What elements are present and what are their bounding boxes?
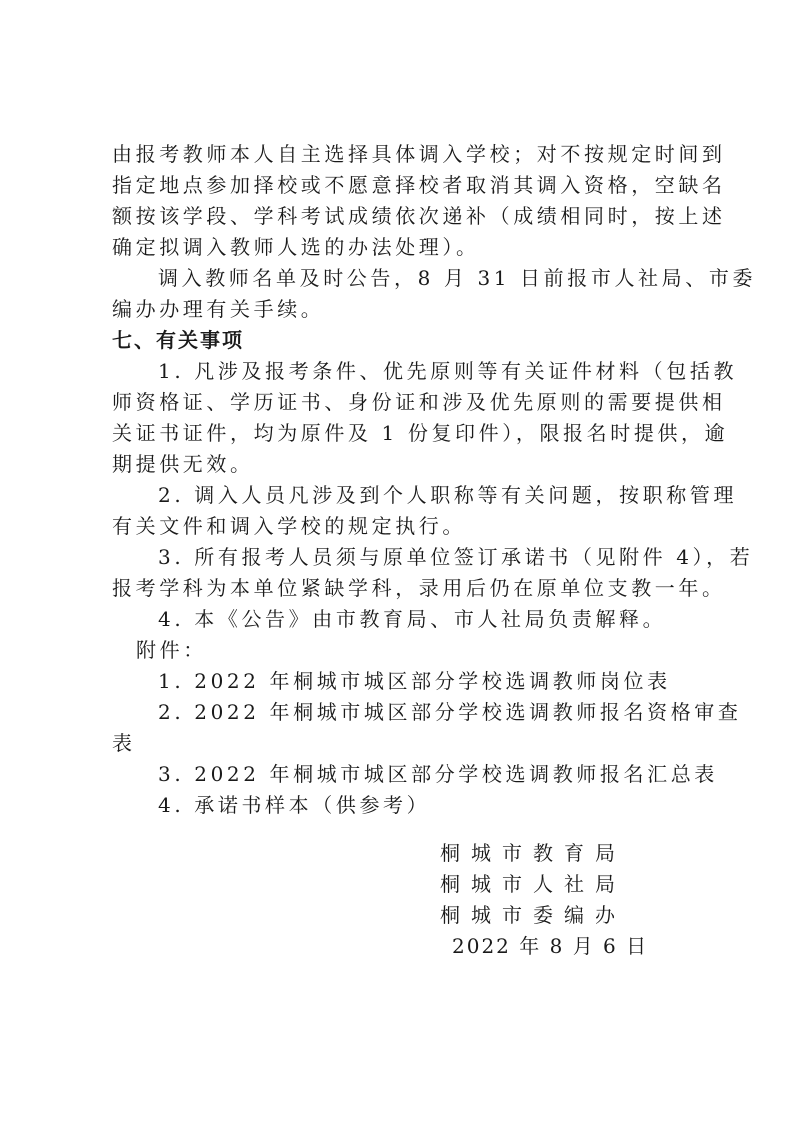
issue-date: 2022 年 8 月 6 日 [452, 931, 648, 961]
item-line: 4. 本《公告》由市教育局、市人社局负责解释。 [158, 604, 726, 634]
paragraph-line: 由报考教师本人自主选择具体调入学校；对不按规定时间到 [112, 139, 680, 169]
item-line: 1. 凡涉及报考条件、优先原则等有关证件材料（包括教 [158, 356, 726, 386]
issuer-staffing-office: 桐城市委编办 [440, 900, 626, 930]
paragraph-line: 调入教师名单及时公告，8 月 31 日前报市人社局、市委 [158, 263, 726, 293]
attachment-item: 表 [112, 728, 680, 758]
paragraph-line: 编办办理有关手续。 [112, 294, 680, 324]
document-page: 由报考教师本人自主选择具体调入学校；对不按规定时间到 指定地点参加择校或不愿意择… [0, 0, 793, 1122]
item-line: 期提供无效。 [112, 449, 680, 479]
attachment-item: 2. 2022 年桐城市城区部分学校选调教师报名资格审查 [158, 697, 726, 727]
item-line: 2. 调入人员凡涉及到个人职称等有关问题，按职称管理 [158, 480, 726, 510]
attachment-item: 1. 2022 年桐城市城区部分学校选调教师岗位表 [158, 666, 726, 696]
paragraph-line: 确定拟调入教师人选的办法处理）。 [112, 232, 680, 262]
paragraph-line: 额按该学段、学科考试成绩依次递补（成绩相同时，按上述 [112, 201, 680, 231]
item-line: 关证书证件，均为原件及 1 份复印件），限报名时提供，逾 [112, 418, 680, 448]
issuer-hr-bureau: 桐城市人社局 [440, 869, 626, 899]
paragraph-line: 指定地点参加择校或不愿意择校者取消其调入资格，空缺名 [112, 170, 680, 200]
attachment-item: 3. 2022 年桐城市城区部分学校选调教师报名汇总表 [158, 759, 726, 789]
attachment-item: 4. 承诺书样本（供参考） [158, 790, 726, 820]
item-line: 有关文件和调入学校的规定执行。 [112, 511, 680, 541]
attachments-label: 附件： [136, 635, 704, 665]
issuer-education-bureau: 桐城市教育局 [440, 838, 626, 868]
section-heading: 七、有关事项 [112, 325, 680, 355]
item-line: 报考学科为本单位紧缺学科，录用后仍在原单位支教一年。 [112, 573, 680, 603]
item-line: 师资格证、学历证书、身份证和涉及优先原则的需要提供相 [112, 387, 680, 417]
item-line: 3. 所有报考人员须与原单位签订承诺书（见附件 4），若 [158, 542, 726, 572]
